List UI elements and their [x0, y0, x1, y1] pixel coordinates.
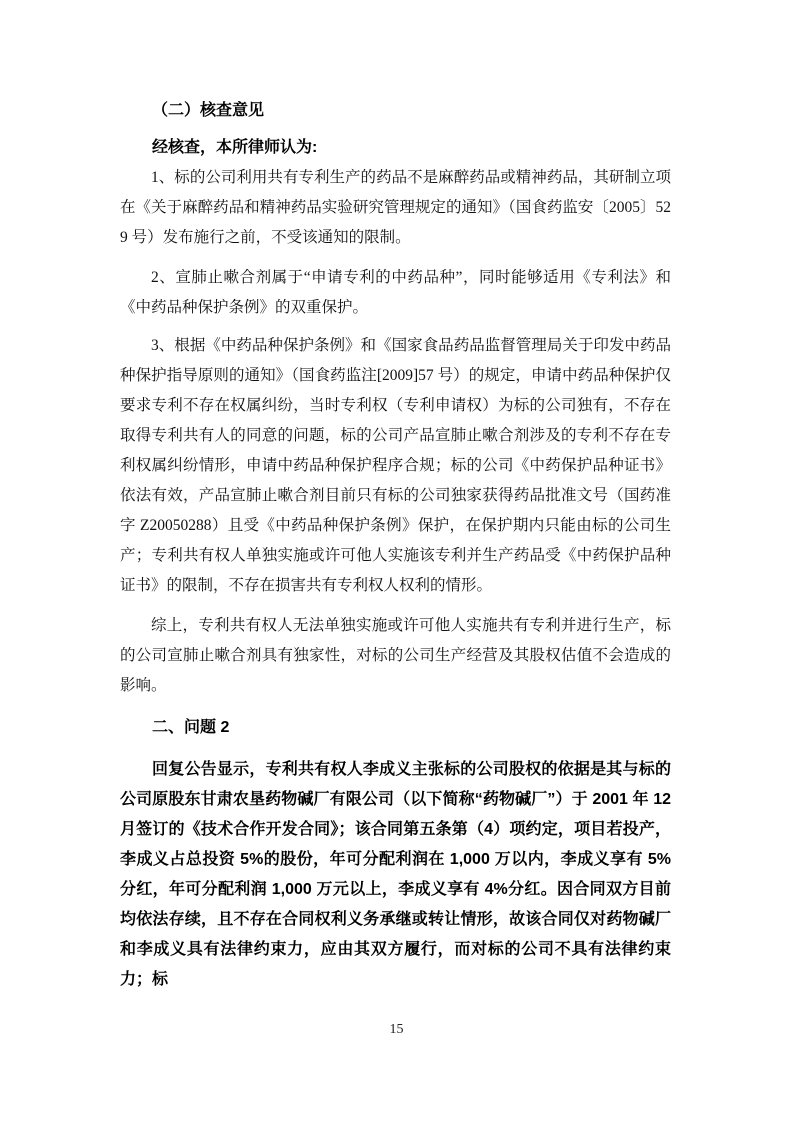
opinion-item-3: 3、根据《中药品种保护条例》和《国家食品药品监督管理局关于印发中药品种保护指导原… [120, 331, 671, 601]
lead-in-statement: 经核查，本所律师认为: [120, 133, 671, 163]
page-number: 15 [0, 1020, 793, 1040]
reply-announcement-paragraph: 回复公告显示，专利共有权人李成义主张标的公司股权的依据是其与标的公司原股东甘肃农… [120, 755, 671, 995]
section-heading-question-2: 二、问题 2 [120, 713, 671, 743]
document-body: （二）核查意见 经核查，本所律师认为: 1、标的公司利用共有专利生产的药品不是麻… [120, 96, 671, 995]
opinion-item-1: 1、标的公司利用共有专利生产的药品不是麻醉药品或精神药品，其研制立项在《关于麻醉… [120, 163, 671, 253]
opinion-item-2: 2、宣肺止嗽合剂属于“申请专利的中药品种”，同时能够适用《专利法》和《中药品种保… [120, 263, 671, 323]
opinion-summary: 综上，专利共有权人无法单独实施或许可他人实施共有专利并进行生产，标的公司宣肺止嗽… [120, 611, 671, 701]
document-page: （二）核查意见 经核查，本所律师认为: 1、标的公司利用共有专利生产的药品不是麻… [0, 0, 793, 1122]
section-heading-review-opinion: （二）核查意见 [120, 96, 671, 126]
